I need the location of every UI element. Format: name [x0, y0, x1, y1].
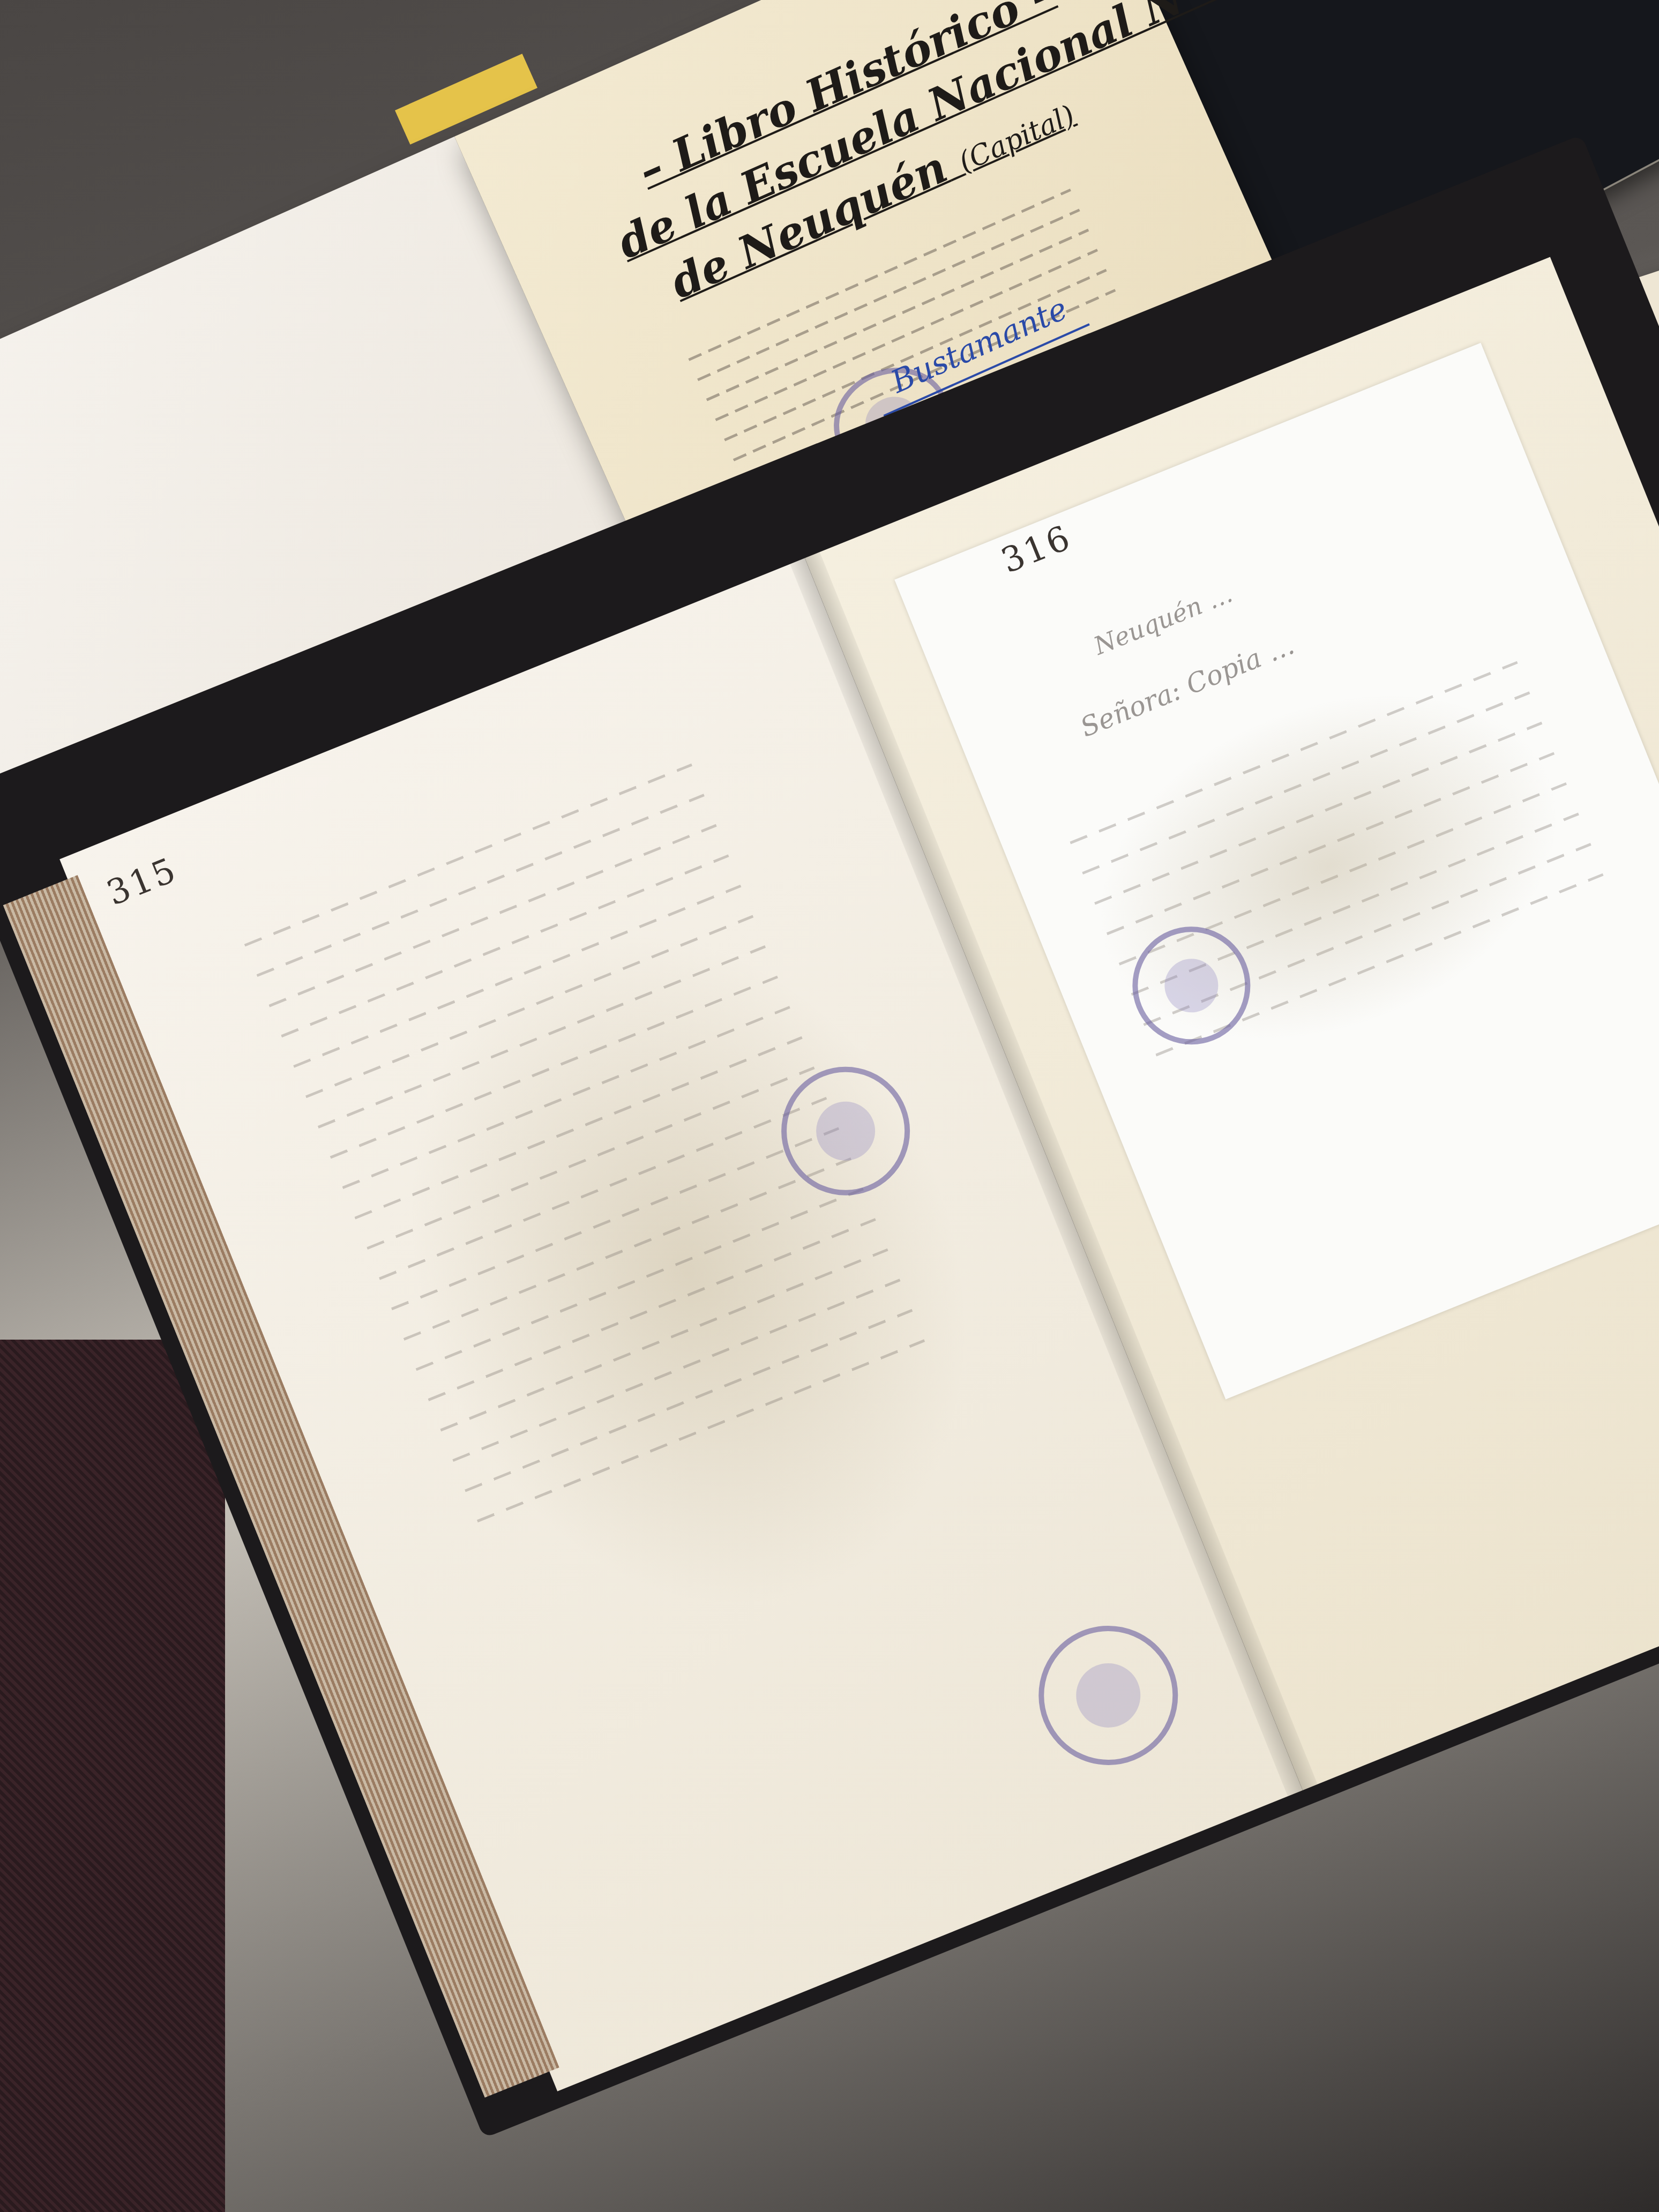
letter-heading: Neuquén …	[1090, 579, 1237, 661]
purple-stamp	[1018, 1605, 1199, 1786]
right-page-number: 316	[996, 518, 1077, 581]
left-page-number: 315	[101, 850, 183, 914]
